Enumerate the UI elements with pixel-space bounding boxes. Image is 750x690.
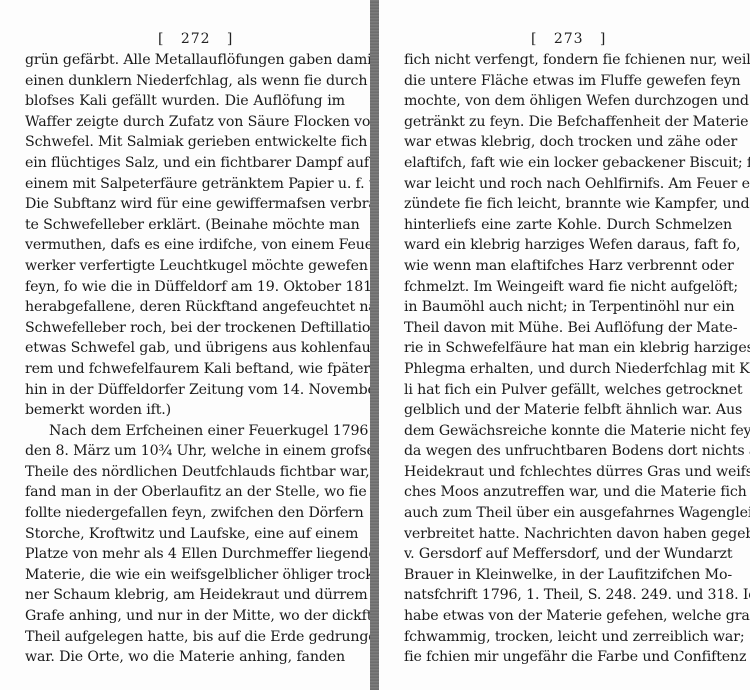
text-line: mochte, von dem öhligen Wefen durchzogen…	[404, 91, 732, 112]
text-line: fand man in der Oberlaufitz an der Stell…	[25, 482, 345, 503]
text-line: getränkt zu feyn. Die Befchaffenheit der…	[404, 112, 732, 133]
text-line: dem Gewächsreiche konnte die Materie nic…	[404, 421, 732, 442]
page-text: fich nicht verfengt, fondern fie fchiene…	[404, 50, 732, 668]
text-line: grün gefärbt. Alle Metallauflöfungen gab…	[25, 50, 345, 71]
text-line: Schwefelleber roch, bei der trockenen De…	[25, 318, 345, 339]
page-number: [ 273 ]	[531, 31, 606, 47]
left-page: [ 272 ] grün gefärbt. Alle Metallauflöfu…	[0, 0, 370, 690]
text-line: zündete fie fich leicht, brannte wie Kam…	[404, 194, 732, 215]
text-line: werker verfertigte Leuchtkugel möchte ge…	[25, 256, 345, 277]
text-line: fchwammig, trocken, leicht und zerreibli…	[404, 627, 732, 648]
page-text: grün gefärbt. Alle Metallauflöfungen gab…	[25, 50, 345, 668]
text-line: da wegen des unfruchtbaren Bodens dort n…	[404, 441, 732, 462]
text-line: elaftifch, faft wie ein locker gebackene…	[404, 153, 732, 174]
text-line: ches Moos anzutreffen war, und die Mater…	[404, 482, 732, 503]
text-line: v. Gersdorf auf Meffersdorf, und der Wun…	[404, 544, 732, 565]
right-page: [ 273 ] fich nicht verfengt, fondern fie…	[379, 0, 750, 690]
text-line: verbreitet hatte. Nachrichten davon habe…	[404, 524, 732, 545]
text-line: Storche, Kroftwitz und Laufske, eine auf…	[25, 524, 345, 545]
text-line: vermuthen, dafs es eine irdifche, von ei…	[25, 235, 345, 256]
text-line: Waffer zeigte durch Zufatz von Säure Flo…	[25, 112, 345, 133]
text-line: rem und fchwefelfaurem Kali beftand, wie…	[25, 359, 345, 380]
text-line: herabgefallene, deren Rückftand angefeuc…	[25, 297, 345, 318]
text-line: etwas Schwefel gab, und übrigens aus koh…	[25, 338, 345, 359]
text-line: Heidekraut und fchlechtes dürres Gras un…	[404, 462, 732, 483]
text-line: einem mit Salpeterfäure getränktem Papie…	[25, 174, 345, 195]
text-line: fie fchien mir ungefähr die Farbe und Co…	[404, 647, 732, 668]
text-line: Grafe anhing, und nur in der Mitte, wo d…	[25, 606, 345, 627]
text-line: Phlegma erhalten, und durch Niederfchlag…	[404, 359, 732, 380]
text-line: Nach dem Erfcheinen einer Feuerkugel 179…	[25, 421, 345, 442]
text-line: Schwefel. Mit Salmiak gerieben entwickel…	[25, 132, 345, 153]
text-line: Theil aufgelegen hatte, bis auf die Erde…	[25, 627, 345, 648]
text-line: war leicht und roch nach Oehlfirnifs. Am…	[404, 174, 732, 195]
text-line: hin in der Düffeldorfer Zeitung vom 14. …	[25, 380, 345, 401]
text-line: fich nicht verfengt, fondern fie fchiene…	[404, 50, 732, 71]
text-line: rie in Schwefelfäure hat man ein klebrig…	[404, 338, 732, 359]
text-line: ein flüchtiges Salz, und ein fichtbarer …	[25, 153, 345, 174]
text-line: bemerkt worden ift.)	[25, 400, 345, 421]
text-line: Die Subftanz wird für eine gewiffermafse…	[25, 194, 345, 215]
text-line: Brauer in Kleinwelke, in der Laufitzifch…	[404, 565, 732, 586]
text-line: ner Schaum klebrig, am Heidekraut und dü…	[25, 585, 345, 606]
text-line: Theile des nördlichen Deutfchlauds ficht…	[25, 462, 345, 483]
text-line: auch zum Theil über ein ausgefahrnes Wag…	[404, 503, 732, 524]
text-line: einen dunklern Niederfchlag, als wenn fi…	[25, 71, 345, 92]
text-line: feyn, fo wie die in Düffeldorf am 19. Ok…	[25, 277, 345, 298]
text-line: natsfchrift 1796, 1. Theil, S. 248. 249.…	[404, 585, 732, 606]
text-line: fchmelzt. Im Weingeift ward fie nicht au…	[404, 277, 732, 298]
page-number: [ 272 ]	[158, 31, 233, 47]
text-line: in Baumöhl auch nicht; in Terpentinöhl n…	[404, 297, 732, 318]
text-line: blofses Kali gefällt wurden. Die Auflöfu…	[25, 91, 345, 112]
text-line: li hat fich ein Pulver gefällt, welches …	[404, 380, 732, 401]
text-line: habe etwas von der Materie gefehen, welc…	[404, 606, 732, 627]
text-line: Theil davon mit Mühe. Bei Auflöfung der …	[404, 318, 732, 339]
text-line: den 8. März um 10¾ Uhr, welche in einem …	[25, 441, 345, 462]
text-line: Materie, die wie ein weifsgelblicher öhl…	[25, 565, 345, 586]
text-line: war. Die Orte, wo die Materie anhing, fa…	[25, 647, 345, 668]
text-line: ward ein klebrig harziges Wefen daraus, …	[404, 235, 732, 256]
book-spine-gutter	[370, 0, 379, 690]
text-line: follte niedergefallen feyn, zwifchen den…	[25, 503, 345, 524]
text-line: Platze von mehr als 4 Ellen Durchmeffer …	[25, 544, 345, 565]
text-line: war etwas klebrig, doch trocken und zähe…	[404, 132, 732, 153]
text-line: die untere Fläche etwas im Fluffe gewefe…	[404, 71, 732, 92]
text-line: hinterliefs eine zarte Kohle. Durch Schm…	[404, 215, 732, 236]
text-line: wie wenn man elaftifches Harz verbrennt …	[404, 256, 732, 277]
text-line: gelblich und der Materie felbft ähnlich …	[404, 400, 732, 421]
text-line: te Schwefelleber erklärt. (Beinahe möcht…	[25, 215, 345, 236]
